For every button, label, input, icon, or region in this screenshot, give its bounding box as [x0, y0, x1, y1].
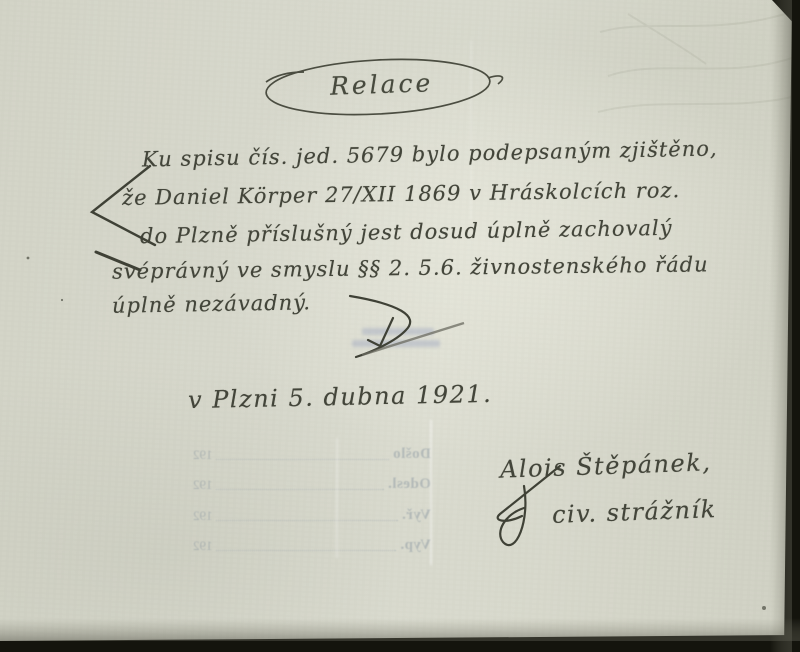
signature-title: civ. strážník	[552, 495, 718, 529]
dotted-leader	[217, 459, 389, 460]
bleedthrough-row: Odesl. 192	[193, 476, 431, 493]
bleedthrough-stamp-smudge	[352, 328, 440, 354]
page-title: Relace	[330, 68, 434, 101]
bleedthrough-label: Odesl.	[388, 476, 431, 493]
paper-crease	[430, 420, 432, 565]
bleedthrough-label: Vyp.	[400, 537, 431, 554]
stamp-line	[352, 340, 440, 347]
bleedthrough-form: Došlo 192 Odesl. 192 Vyř. 192 Vyp. 192	[193, 446, 431, 554]
dotted-leader	[217, 489, 384, 490]
dotted-leader	[217, 550, 396, 551]
bleedthrough-label: Vyř.	[402, 507, 431, 524]
bleedthrough-row: Vyp. 192	[193, 537, 431, 554]
paper-crease	[336, 438, 338, 558]
bleedthrough-year: 192	[193, 508, 213, 524]
bleedthrough-year: 192	[193, 538, 213, 554]
bleedthrough-label: Došlo	[393, 446, 431, 463]
body-line-5: úplně nezávadný.	[112, 290, 311, 317]
dotted-leader	[217, 520, 398, 521]
bleedthrough-row: Došlo 192	[193, 446, 431, 463]
stamp-line	[362, 328, 434, 335]
scanned-document-page: { "page": { "paper_color": "#d5d6ca", "e…	[0, 0, 800, 652]
bleedthrough-year: 192	[193, 447, 213, 463]
bleedthrough-year: 192	[193, 477, 213, 493]
bleedthrough-row: Vyř. 192	[193, 507, 431, 524]
